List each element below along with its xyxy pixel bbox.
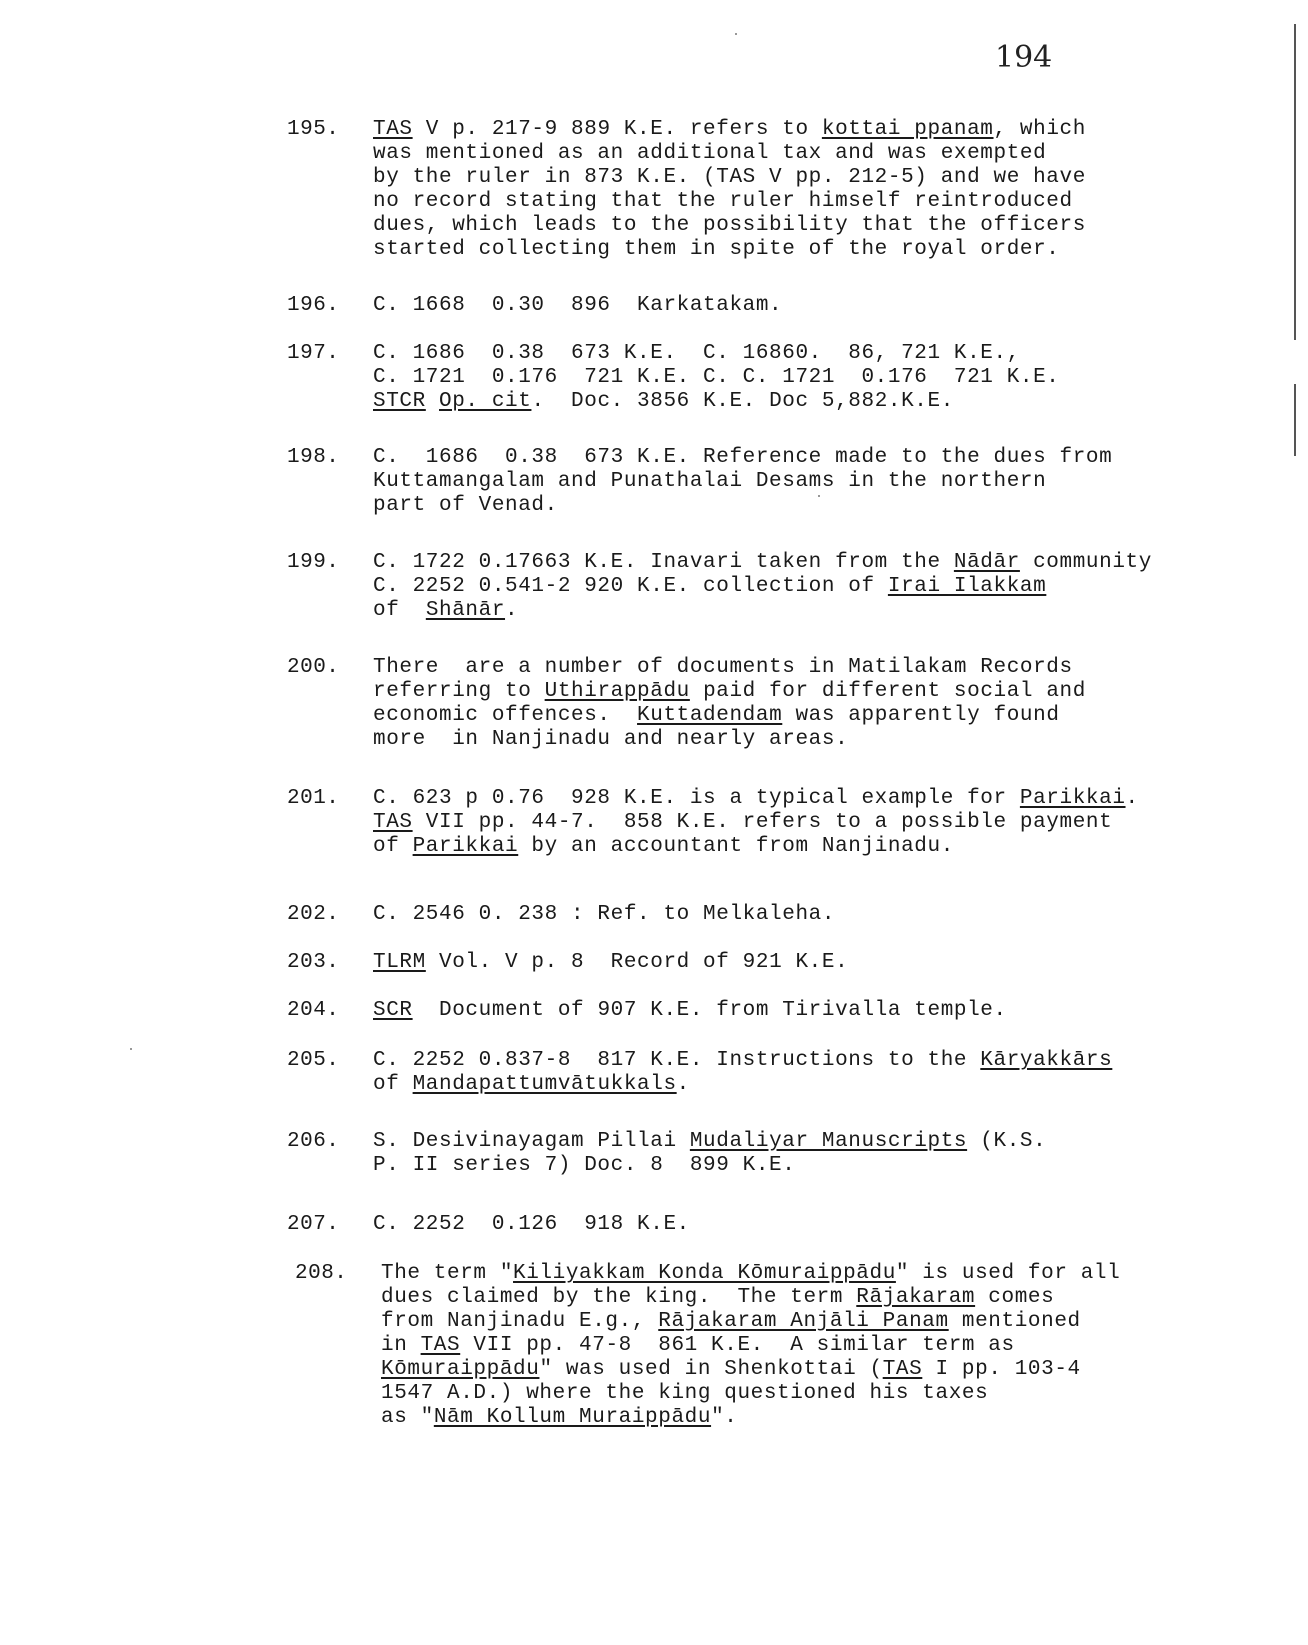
footnote-text: The term "Kiliyakkam Konda Kōmuraippādu"… (381, 1262, 1275, 1430)
underlined-term: Rājakaram Anjāli Panam (658, 1310, 948, 1333)
text-segment: . (677, 1073, 690, 1096)
text-segment: of (373, 599, 426, 622)
footnote-number: 201. (287, 787, 359, 811)
footnote-number: 195. (287, 118, 359, 142)
underlined-term: kottai ppanam (822, 118, 994, 141)
underlined-term: TAS (373, 118, 413, 141)
text-line: C. 2546 0. 238 : Ref. to Melkaleha. (373, 903, 1267, 927)
text-segment: VII pp. 44-7. 858 K.E. refers to a possi… (413, 811, 1113, 834)
text-line: in TAS VII pp. 47-8 861 K.E. A similar t… (381, 1334, 1275, 1358)
text-line: part of Venad. (373, 494, 1267, 518)
underlined-term: Mandapattumvātukkals (413, 1073, 677, 1096)
footnote-number: 197. (287, 342, 359, 366)
footnote-text: C. 1722 0.17663 K.E. Inavari taken from … (373, 551, 1267, 623)
underlined-term: TAS (373, 811, 413, 834)
text-line: of Mandapattumvātukkals. (373, 1073, 1267, 1097)
text-segment: part of Venad. (373, 494, 558, 517)
underlined-term: Kōmuraippādu (381, 1358, 539, 1381)
text-line: dues claimed by the king. The term Rājak… (381, 1286, 1275, 1310)
text-segment: C. 1668 0.30 896 Karkatakam. (373, 294, 782, 317)
text-segment: in (381, 1334, 421, 1357)
underlined-term: Rājakaram (856, 1286, 975, 1309)
text-segment: no record stating that the ruler himself… (373, 190, 1073, 213)
text-segment: C. 1686 0.38 673 K.E. Reference made to … (373, 446, 1112, 469)
text-segment: paid for different social and (690, 680, 1086, 703)
text-segment: C. 2252 0.837-8 817 K.E. Instructions to… (373, 1049, 980, 1072)
text-line: The term "Kiliyakkam Konda Kōmuraippādu"… (381, 1262, 1275, 1286)
text-segment: dues claimed by the king. The term (381, 1286, 856, 1309)
underlined-term: Parikkai (413, 835, 519, 858)
text-segment: I pp. 103-4 (922, 1358, 1080, 1381)
footnote-206: 206.S. Desivinayagam Pillai Mudaliyar Ma… (287, 1130, 1267, 1178)
text-segment: (K.S. (967, 1130, 1046, 1153)
text-segment: referring to (373, 680, 545, 703)
text-line: more in Nanjinadu and nearly areas. (373, 728, 1267, 752)
footnote-number: 205. (287, 1049, 359, 1073)
text-segment: by an accountant from Nanjinadu. (518, 835, 954, 858)
text-line: as "Nām Kollum Muraippādu". (381, 1406, 1275, 1430)
underlined-term: Nādār (954, 551, 1020, 574)
text-segment: . (505, 599, 518, 622)
text-line: by the ruler in 873 K.E. (TAS V pp. 212-… (373, 166, 1267, 190)
text-line: C. 1668 0.30 896 Karkatakam. (373, 294, 1267, 318)
text-line: was mentioned as an additional tax and w… (373, 142, 1267, 166)
underlined-term: Shānār (426, 599, 505, 622)
text-line: There are a number of documents in Matil… (373, 656, 1267, 680)
footnote-198: 198.C. 1686 0.38 673 K.E. Reference made… (287, 446, 1267, 518)
page-edge-line-upper (1294, 24, 1296, 340)
text-segment: V p. 217-9 889 K.E. refers to (413, 118, 822, 141)
footnote-199: 199.C. 1722 0.17663 K.E. Inavari taken f… (287, 551, 1267, 623)
text-line: TAS V p. 217-9 889 K.E. refers to kottai… (373, 118, 1267, 142)
text-line: C. 1722 0.17663 K.E. Inavari taken from … (373, 551, 1267, 575)
footnote-text: TLRM Vol. V p. 8 Record of 921 K.E. (373, 951, 1267, 975)
text-segment: C. 1721 0.176 721 K.E. C. C. 1721 0.176 … (373, 366, 1060, 389)
text-line: P. II series 7) Doc. 8 899 K.E. (373, 1154, 1267, 1178)
footnote-202: 202.C. 2546 0. 238 : Ref. to Melkaleha. (287, 903, 1267, 927)
text-segment: was mentioned as an additional tax and w… (373, 142, 1046, 165)
text-line: C. 2252 0.126 918 K.E. (373, 1213, 1267, 1237)
text-segment: There are a number of documents in Matil… (373, 656, 1073, 679)
footnote-number: 203. (287, 951, 359, 975)
footnote-text: SCR Document of 907 K.E. from Tirivalla … (373, 999, 1267, 1023)
text-line: economic offences. Kuttadendam was appar… (373, 704, 1267, 728)
footnote-text: C. 1668 0.30 896 Karkatakam. (373, 294, 1267, 318)
text-segment: as " (381, 1406, 434, 1429)
text-segment: C. 1686 0.38 673 K.E. C. 16860. 86, 721 … (373, 342, 1020, 365)
text-line: C. 1686 0.38 673 K.E. Reference made to … (373, 446, 1267, 470)
underlined-term: SCR (373, 999, 413, 1022)
text-segment: Document of 907 K.E. from Tirivalla temp… (413, 999, 1007, 1022)
text-line: of Shānār. (373, 599, 1267, 623)
text-segment: dues, which leads to the possibility tha… (373, 214, 1086, 237)
text-segment (426, 390, 439, 413)
footnote-208: 208.The term "Kiliyakkam Konda Kōmuraipp… (295, 1262, 1275, 1430)
underlined-term: Op. cit (439, 390, 531, 413)
underlined-term: Parikkai (1020, 787, 1126, 810)
underlined-term: Irai Ilakkam (888, 575, 1046, 598)
footnote-text: C. 2252 0.837-8 817 K.E. Instructions to… (373, 1049, 1267, 1097)
underlined-term: Uthirappādu (545, 680, 690, 703)
footnote-number: 206. (287, 1130, 359, 1154)
page-number: 194 (995, 40, 1052, 75)
footnote-number: 198. (287, 446, 359, 470)
scan-speck (130, 1048, 132, 1050)
text-line: TAS VII pp. 44-7. 858 K.E. refers to a p… (373, 811, 1267, 835)
footnote-text: C. 2252 0.126 918 K.E. (373, 1213, 1267, 1237)
text-segment: VII pp. 47-8 861 K.E. A similar term as (460, 1334, 1015, 1357)
text-segment: of (373, 835, 413, 858)
underlined-term: Kiliyakkam Konda Kōmuraippādu (513, 1262, 896, 1285)
text-segment: Kuttamangalam and Punathalai Desams in t… (373, 470, 1046, 493)
text-line: C. 2252 0.541-2 920 K.E. collection of I… (373, 575, 1267, 599)
text-segment: comes (975, 1286, 1054, 1309)
text-segment: " is used for all (896, 1262, 1120, 1285)
text-segment: community (1020, 551, 1152, 574)
footnote-204: 204.SCR Document of 907 K.E. from Tiriva… (287, 999, 1267, 1023)
underlined-term: Kuttadendam (637, 704, 782, 727)
text-segment: C. 2546 0. 238 : Ref. to Melkaleha. (373, 903, 835, 926)
text-segment: C. 623 p 0.76 928 K.E. is a typical exam… (373, 787, 1020, 810)
page-edge-line-lower (1294, 384, 1296, 456)
text-segment: of (373, 1073, 413, 1096)
footnote-195: 195.TAS V p. 217-9 889 K.E. refers to ko… (287, 118, 1267, 262)
text-line: Kōmuraippādu" was used in Shenkottai (TA… (381, 1358, 1275, 1382)
underlined-term: Kāryakkārs (980, 1049, 1112, 1072)
text-segment: . Doc. 3856 K.E. Doc 5,882.K.E. (531, 390, 953, 413)
text-line: C. 2252 0.837-8 817 K.E. Instructions to… (373, 1049, 1267, 1073)
text-line: no record stating that the ruler himself… (373, 190, 1267, 214)
footnote-number: 202. (287, 903, 359, 927)
text-line: C. 1721 0.176 721 K.E. C. C. 1721 0.176 … (373, 366, 1267, 390)
footnote-number: 196. (287, 294, 359, 318)
footnote-text: There are a number of documents in Matil… (373, 656, 1267, 752)
text-segment: S. Desivinayagam Pillai (373, 1130, 690, 1153)
footnote-text: S. Desivinayagam Pillai Mudaliyar Manusc… (373, 1130, 1267, 1178)
text-segment: economic offences. (373, 704, 637, 727)
underlined-term: STCR (373, 390, 426, 413)
text-segment: more in Nanjinadu and nearly areas. (373, 728, 848, 751)
footnote-number: 207. (287, 1213, 359, 1237)
text-line: STCR Op. cit. Doc. 3856 K.E. Doc 5,882.K… (373, 390, 1267, 414)
text-segment: C. 1722 0.17663 K.E. Inavari taken from … (373, 551, 954, 574)
footnote-text: TAS V p. 217-9 889 K.E. refers to kottai… (373, 118, 1267, 262)
footnote-number: 204. (287, 999, 359, 1023)
footnote-207: 207.C. 2252 0.126 918 K.E. (287, 1213, 1267, 1237)
text-line: started collecting them in spite of the … (373, 238, 1267, 262)
text-segment: started collecting them in spite of the … (373, 238, 1060, 261)
text-segment: was apparently found (782, 704, 1059, 727)
underlined-term: TLRM (373, 951, 426, 974)
text-line: C. 1686 0.38 673 K.E. C. 16860. 86, 721 … (373, 342, 1267, 366)
footnote-205: 205.C. 2252 0.837-8 817 K.E. Instruction… (287, 1049, 1267, 1097)
text-segment: 1547 A.D.) where the king questioned his… (381, 1382, 988, 1405)
text-line: Kuttamangalam and Punathalai Desams in t… (373, 470, 1267, 494)
text-segment: . (1126, 787, 1139, 810)
text-segment: ". (711, 1406, 737, 1429)
text-segment: " was used in Shenkottai ( (539, 1358, 882, 1381)
footnote-text: C. 1686 0.38 673 K.E. Reference made to … (373, 446, 1267, 518)
text-line: SCR Document of 907 K.E. from Tirivalla … (373, 999, 1267, 1023)
text-line: TLRM Vol. V p. 8 Record of 921 K.E. (373, 951, 1267, 975)
underlined-term: TAS (883, 1358, 923, 1381)
scan-speck (735, 33, 737, 35)
underlined-term: Nām Kollum Muraippādu (434, 1406, 711, 1429)
footnote-text: C. 1686 0.38 673 K.E. C. 16860. 86, 721 … (373, 342, 1267, 414)
footnote-197: 197.C. 1686 0.38 673 K.E. C. 16860. 86, … (287, 342, 1267, 414)
footnote-number: 200. (287, 656, 359, 680)
text-segment: from Nanjinadu E.g., (381, 1310, 658, 1333)
text-line: S. Desivinayagam Pillai Mudaliyar Manusc… (373, 1130, 1267, 1154)
footnote-text: C. 623 p 0.76 928 K.E. is a typical exam… (373, 787, 1267, 859)
footnote-200: 200.There are a number of documents in M… (287, 656, 1267, 752)
text-line: C. 623 p 0.76 928 K.E. is a typical exam… (373, 787, 1267, 811)
footnote-201: 201.C. 623 p 0.76 928 K.E. is a typical … (287, 787, 1267, 859)
footnote-text: C. 2546 0. 238 : Ref. to Melkaleha. (373, 903, 1267, 927)
footnote-196: 196.C. 1668 0.30 896 Karkatakam. (287, 294, 1267, 318)
text-line: from Nanjinadu E.g., Rājakaram Anjāli Pa… (381, 1310, 1275, 1334)
footnote-number: 199. (287, 551, 359, 575)
text-segment: The term " (381, 1262, 513, 1285)
footnote-203: 203.TLRM Vol. V p. 8 Record of 921 K.E. (287, 951, 1267, 975)
text-segment: Vol. V p. 8 Record of 921 K.E. (426, 951, 848, 974)
text-line: dues, which leads to the possibility tha… (373, 214, 1267, 238)
text-segment: , which (994, 118, 1086, 141)
text-line: referring to Uthirappādu paid for differ… (373, 680, 1267, 704)
footnote-number: 208. (295, 1262, 367, 1286)
text-segment: C. 2252 0.126 918 K.E. (373, 1213, 690, 1236)
text-segment: P. II series 7) Doc. 8 899 K.E. (373, 1154, 795, 1177)
text-segment: C. 2252 0.541-2 920 K.E. collection of (373, 575, 888, 598)
text-segment: mentioned (949, 1310, 1081, 1333)
underlined-term: TAS (421, 1334, 461, 1357)
underlined-term: Mudaliyar Manuscripts (690, 1130, 967, 1153)
text-line: 1547 A.D.) where the king questioned his… (381, 1382, 1275, 1406)
text-segment: by the ruler in 873 K.E. (TAS V pp. 212-… (373, 166, 1086, 189)
text-line: of Parikkai by an accountant from Nanjin… (373, 835, 1267, 859)
